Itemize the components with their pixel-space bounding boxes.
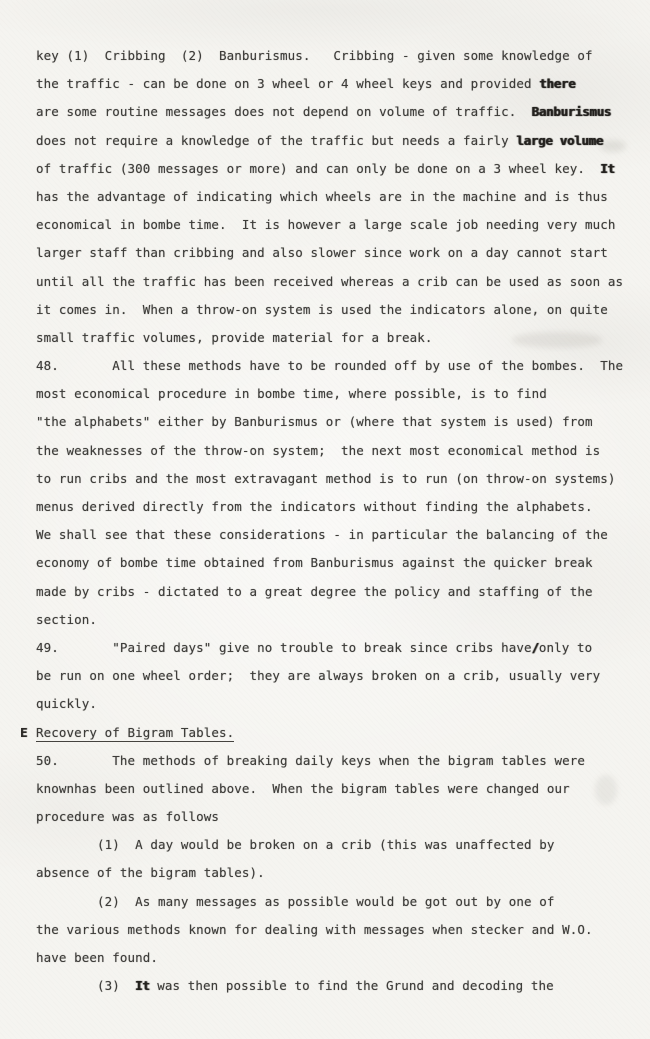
- text-run: 49. "Paired days" give no trouble to bre…: [36, 640, 532, 655]
- document-line: of traffic (300 messages or more) and ca…: [36, 155, 640, 183]
- document-line: quickly.: [36, 690, 640, 718]
- document-text-block: key (1) Cribbing (2) Banburismus. Cribbi…: [36, 42, 640, 1000]
- overstruck-text: It: [600, 161, 614, 176]
- document-line: 48. All these methods have to be rounded…: [36, 352, 640, 380]
- overstruck-text: there: [539, 76, 575, 91]
- document-line: it comes in. When a throw-on system is u…: [36, 296, 640, 324]
- text-run: does not require a knowledge of the traf…: [36, 133, 516, 148]
- document-line: most economical procedure in bombe time,…: [36, 380, 640, 408]
- text-run: 50. The methods of breaking daily keys w…: [36, 753, 585, 768]
- text-run: have been found.: [36, 950, 158, 965]
- underlined-heading-text: Recovery of Bigram Tables.: [36, 725, 234, 742]
- text-run: key (1) Cribbing (2) Banburismus. Cribbi…: [36, 48, 593, 63]
- document-line: to run cribs and the most extravagant me…: [36, 465, 640, 493]
- overstruck-text: /: [532, 640, 539, 655]
- document-line: knownhas been outlined above. When the b…: [36, 775, 640, 803]
- document-line: (1) A day would be broken on a crib (thi…: [36, 831, 640, 859]
- document-line: We shall see that these considerations -…: [36, 521, 640, 549]
- text-run: economy of bombe time obtained from Banb…: [36, 555, 593, 570]
- text-run: (2) As many messages as possible would b…: [36, 894, 555, 909]
- text-run: We shall see that these considerations -…: [36, 527, 608, 542]
- text-run: most economical procedure in bombe time,…: [36, 386, 547, 401]
- document-line: 49. "Paired days" give no trouble to bre…: [36, 634, 640, 662]
- overstruck-text: It: [135, 978, 149, 993]
- section-heading: ERecovery of Bigram Tables.: [36, 719, 640, 747]
- text-run: absence of the bigram tables).: [36, 865, 265, 880]
- document-line: small traffic volumes, provide material …: [36, 324, 640, 352]
- document-line: "the alphabets" either by Banburismus or…: [36, 408, 640, 436]
- document-line: be run on one wheel order; they are alwa…: [36, 662, 640, 690]
- document-line: has the advantage of indicating which wh…: [36, 183, 640, 211]
- document-line: does not require a knowledge of the traf…: [36, 127, 640, 155]
- document-line: are some routine messages does not depen…: [36, 98, 640, 126]
- text-run: menus derived directly from the indicato…: [36, 499, 593, 514]
- text-run: small traffic volumes, provide material …: [36, 330, 433, 345]
- document-line: procedure was as follows: [36, 803, 640, 831]
- document-line: made by cribs - dictated to a great degr…: [36, 578, 640, 606]
- margin-annotation: E: [20, 719, 28, 747]
- text-run: (3): [36, 978, 135, 993]
- text-run: the weaknesses of the throw-on system; t…: [36, 443, 600, 458]
- text-run: it comes in. When a throw-on system is u…: [36, 302, 608, 317]
- overstruck-text: Banburismus: [532, 104, 611, 119]
- document-line: menus derived directly from the indicato…: [36, 493, 640, 521]
- text-run: are some routine messages does not depen…: [36, 104, 532, 119]
- scanned-document-page: key (1) Cribbing (2) Banburismus. Cribbi…: [0, 0, 650, 1039]
- text-run: procedure was as follows: [36, 809, 219, 824]
- text-run: the traffic - can be done on 3 wheel or …: [36, 76, 539, 91]
- overstruck-text: large volume: [516, 133, 603, 148]
- text-run: to run cribs and the most extravagant me…: [36, 471, 616, 486]
- text-run: of traffic (300 messages or more) and ca…: [36, 161, 600, 176]
- text-run: made by cribs - dictated to a great degr…: [36, 584, 593, 599]
- text-run: (1) A day would be broken on a crib (thi…: [36, 837, 555, 852]
- text-run: only to: [539, 640, 592, 655]
- document-line: (3) It was then possible to find the Gru…: [36, 972, 640, 1000]
- document-line: the traffic - can be done on 3 wheel or …: [36, 70, 640, 98]
- document-line: absence of the bigram tables).: [36, 859, 640, 887]
- text-run: "the alphabets" either by Banburismus or…: [36, 414, 593, 429]
- text-run: was then possible to find the Grund and …: [150, 978, 554, 993]
- document-line: key (1) Cribbing (2) Banburismus. Cribbi…: [36, 42, 640, 70]
- document-line: (2) As many messages as possible would b…: [36, 888, 640, 916]
- text-run: section.: [36, 612, 97, 627]
- text-run: economical in bombe time. It is however …: [36, 217, 616, 232]
- document-line: 50. The methods of breaking daily keys w…: [36, 747, 640, 775]
- document-line: larger staff than cribbing and also slow…: [36, 239, 640, 267]
- document-line: have been found.: [36, 944, 640, 972]
- document-line: the various methods known for dealing wi…: [36, 916, 640, 944]
- text-run: 48. All these methods have to be rounded…: [36, 358, 623, 373]
- text-run: be run on one wheel order; they are alwa…: [36, 668, 600, 683]
- text-run: has the advantage of indicating which wh…: [36, 189, 608, 204]
- text-run: until all the traffic has been received …: [36, 274, 623, 289]
- document-line: economy of bombe time obtained from Banb…: [36, 549, 640, 577]
- document-line: section.: [36, 606, 640, 634]
- text-run: knownhas been outlined above. When the b…: [36, 781, 570, 796]
- document-line: until all the traffic has been received …: [36, 268, 640, 296]
- text-run: quickly.: [36, 696, 97, 711]
- text-run: larger staff than cribbing and also slow…: [36, 245, 608, 260]
- text-run: the various methods known for dealing wi…: [36, 922, 593, 937]
- document-line: the weaknesses of the throw-on system; t…: [36, 437, 640, 465]
- document-line: economical in bombe time. It is however …: [36, 211, 640, 239]
